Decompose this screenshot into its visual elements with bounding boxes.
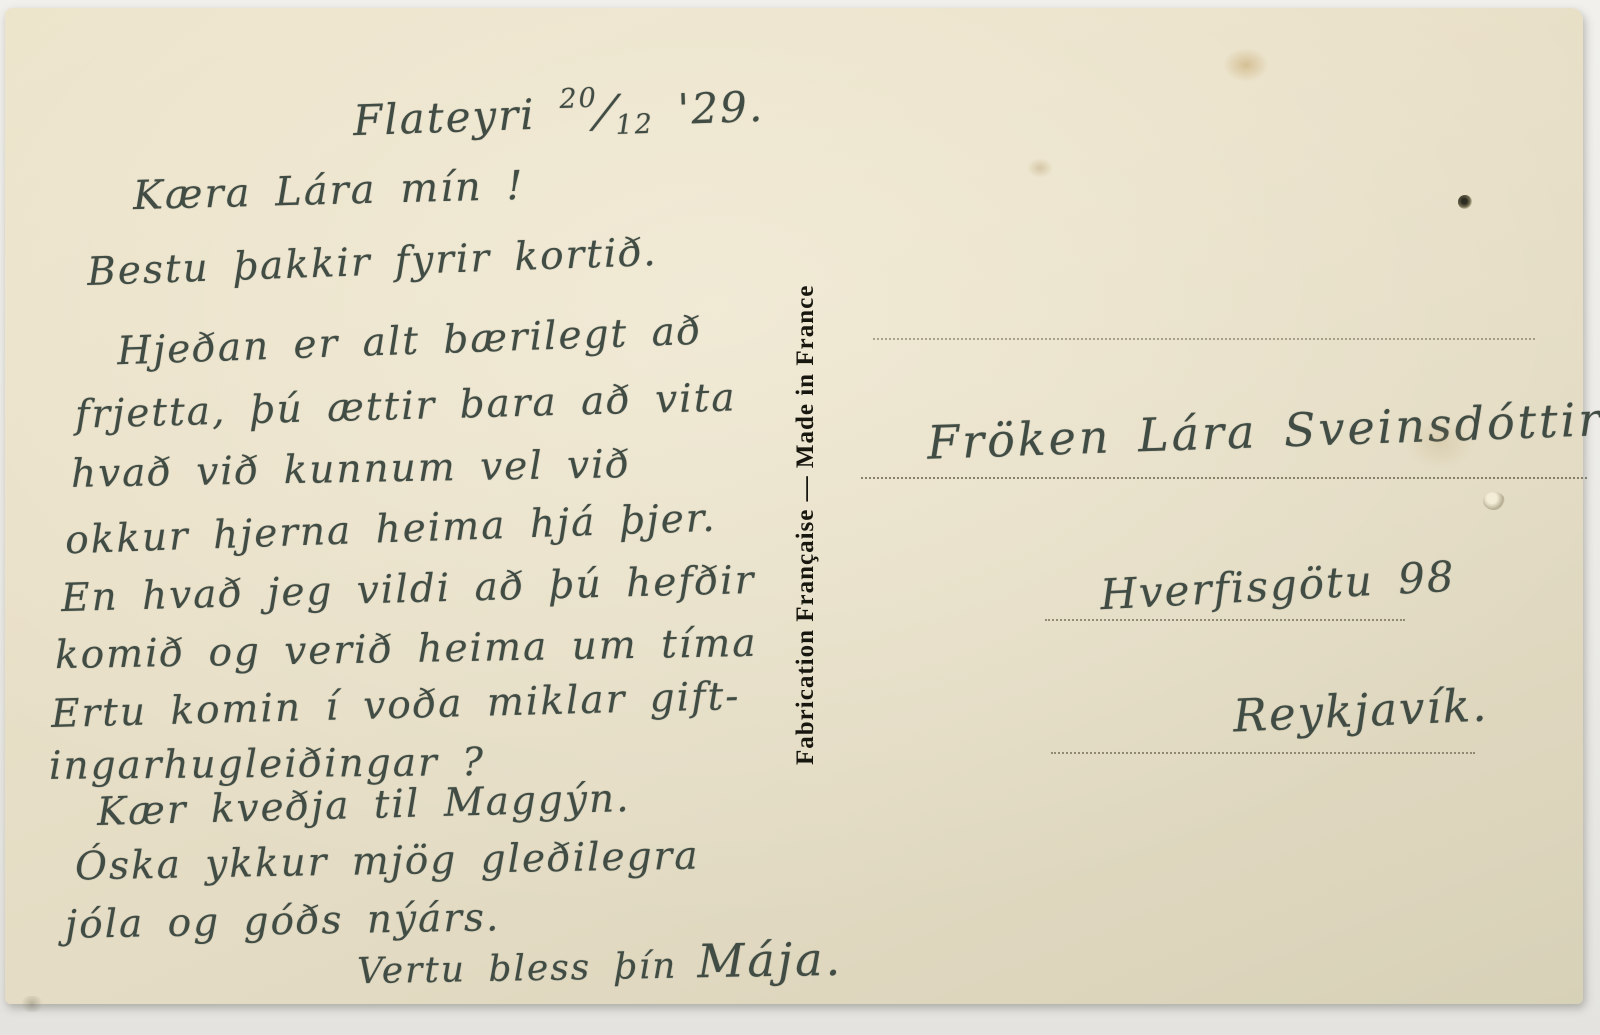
- address-city: Reykjavík.: [1232, 678, 1489, 742]
- paper-dent: [1483, 492, 1505, 510]
- paper-stain: [1223, 48, 1269, 82]
- letter-line: okkur hjerna heima hjá þjer.: [64, 496, 717, 564]
- letter-line: frjetta, þú ættir bara að vita: [75, 375, 738, 437]
- date-day: 20: [559, 83, 598, 115]
- printed-publisher-text: Fabrication Française — Made in France: [777, 258, 835, 792]
- signature: Mája.: [697, 932, 844, 989]
- address-street: Hverfisgötu 98: [1099, 552, 1457, 620]
- address-recipient-name: Fröken Lára Sveinsdóttir: [926, 392, 1600, 470]
- date-place: Flateyri: [352, 90, 536, 145]
- letter-closing: Vertu bless þínMája.: [357, 932, 844, 994]
- paper-stain: [1027, 158, 1053, 178]
- address-dotted-line: [861, 477, 1587, 479]
- date-year: '29.: [677, 82, 765, 134]
- address-dotted-line: [1045, 619, 1405, 621]
- letter-salutation: Kæra Lára mín !: [132, 163, 525, 219]
- letter-line: komið og verið heima um tíma: [55, 621, 758, 678]
- scan-background: Flateyri 20/12 '29. Kæra Lára mín ! Best…: [0, 0, 1600, 1035]
- pinhole: [1458, 195, 1472, 209]
- letter-line: Ertu komin í voða miklar gift-: [51, 674, 741, 737]
- letter-line: hvað við kunnum vel við: [71, 442, 632, 497]
- letter-line: Hjeðan er alt bærilegt að: [116, 309, 703, 374]
- address-dotted-line: [873, 338, 1535, 340]
- paper-stain: [1405, 416, 1475, 470]
- edge-nick: [19, 996, 45, 1012]
- letter-line: Bestu þakkir fyrir kortið.: [86, 230, 658, 295]
- closing-text: Vertu bless þín: [357, 946, 678, 993]
- date-line: Flateyri 20/12 '29.: [352, 77, 765, 150]
- letter-line: Óska ykkur mjög gleðilegra: [75, 834, 700, 890]
- letter-line: En hvað jeg vildi að þú hefðir: [61, 558, 756, 621]
- date-month: 12: [615, 109, 654, 141]
- address-dotted-line: [1051, 752, 1475, 754]
- postcard: Flateyri 20/12 '29. Kæra Lára mín ! Best…: [5, 8, 1583, 1004]
